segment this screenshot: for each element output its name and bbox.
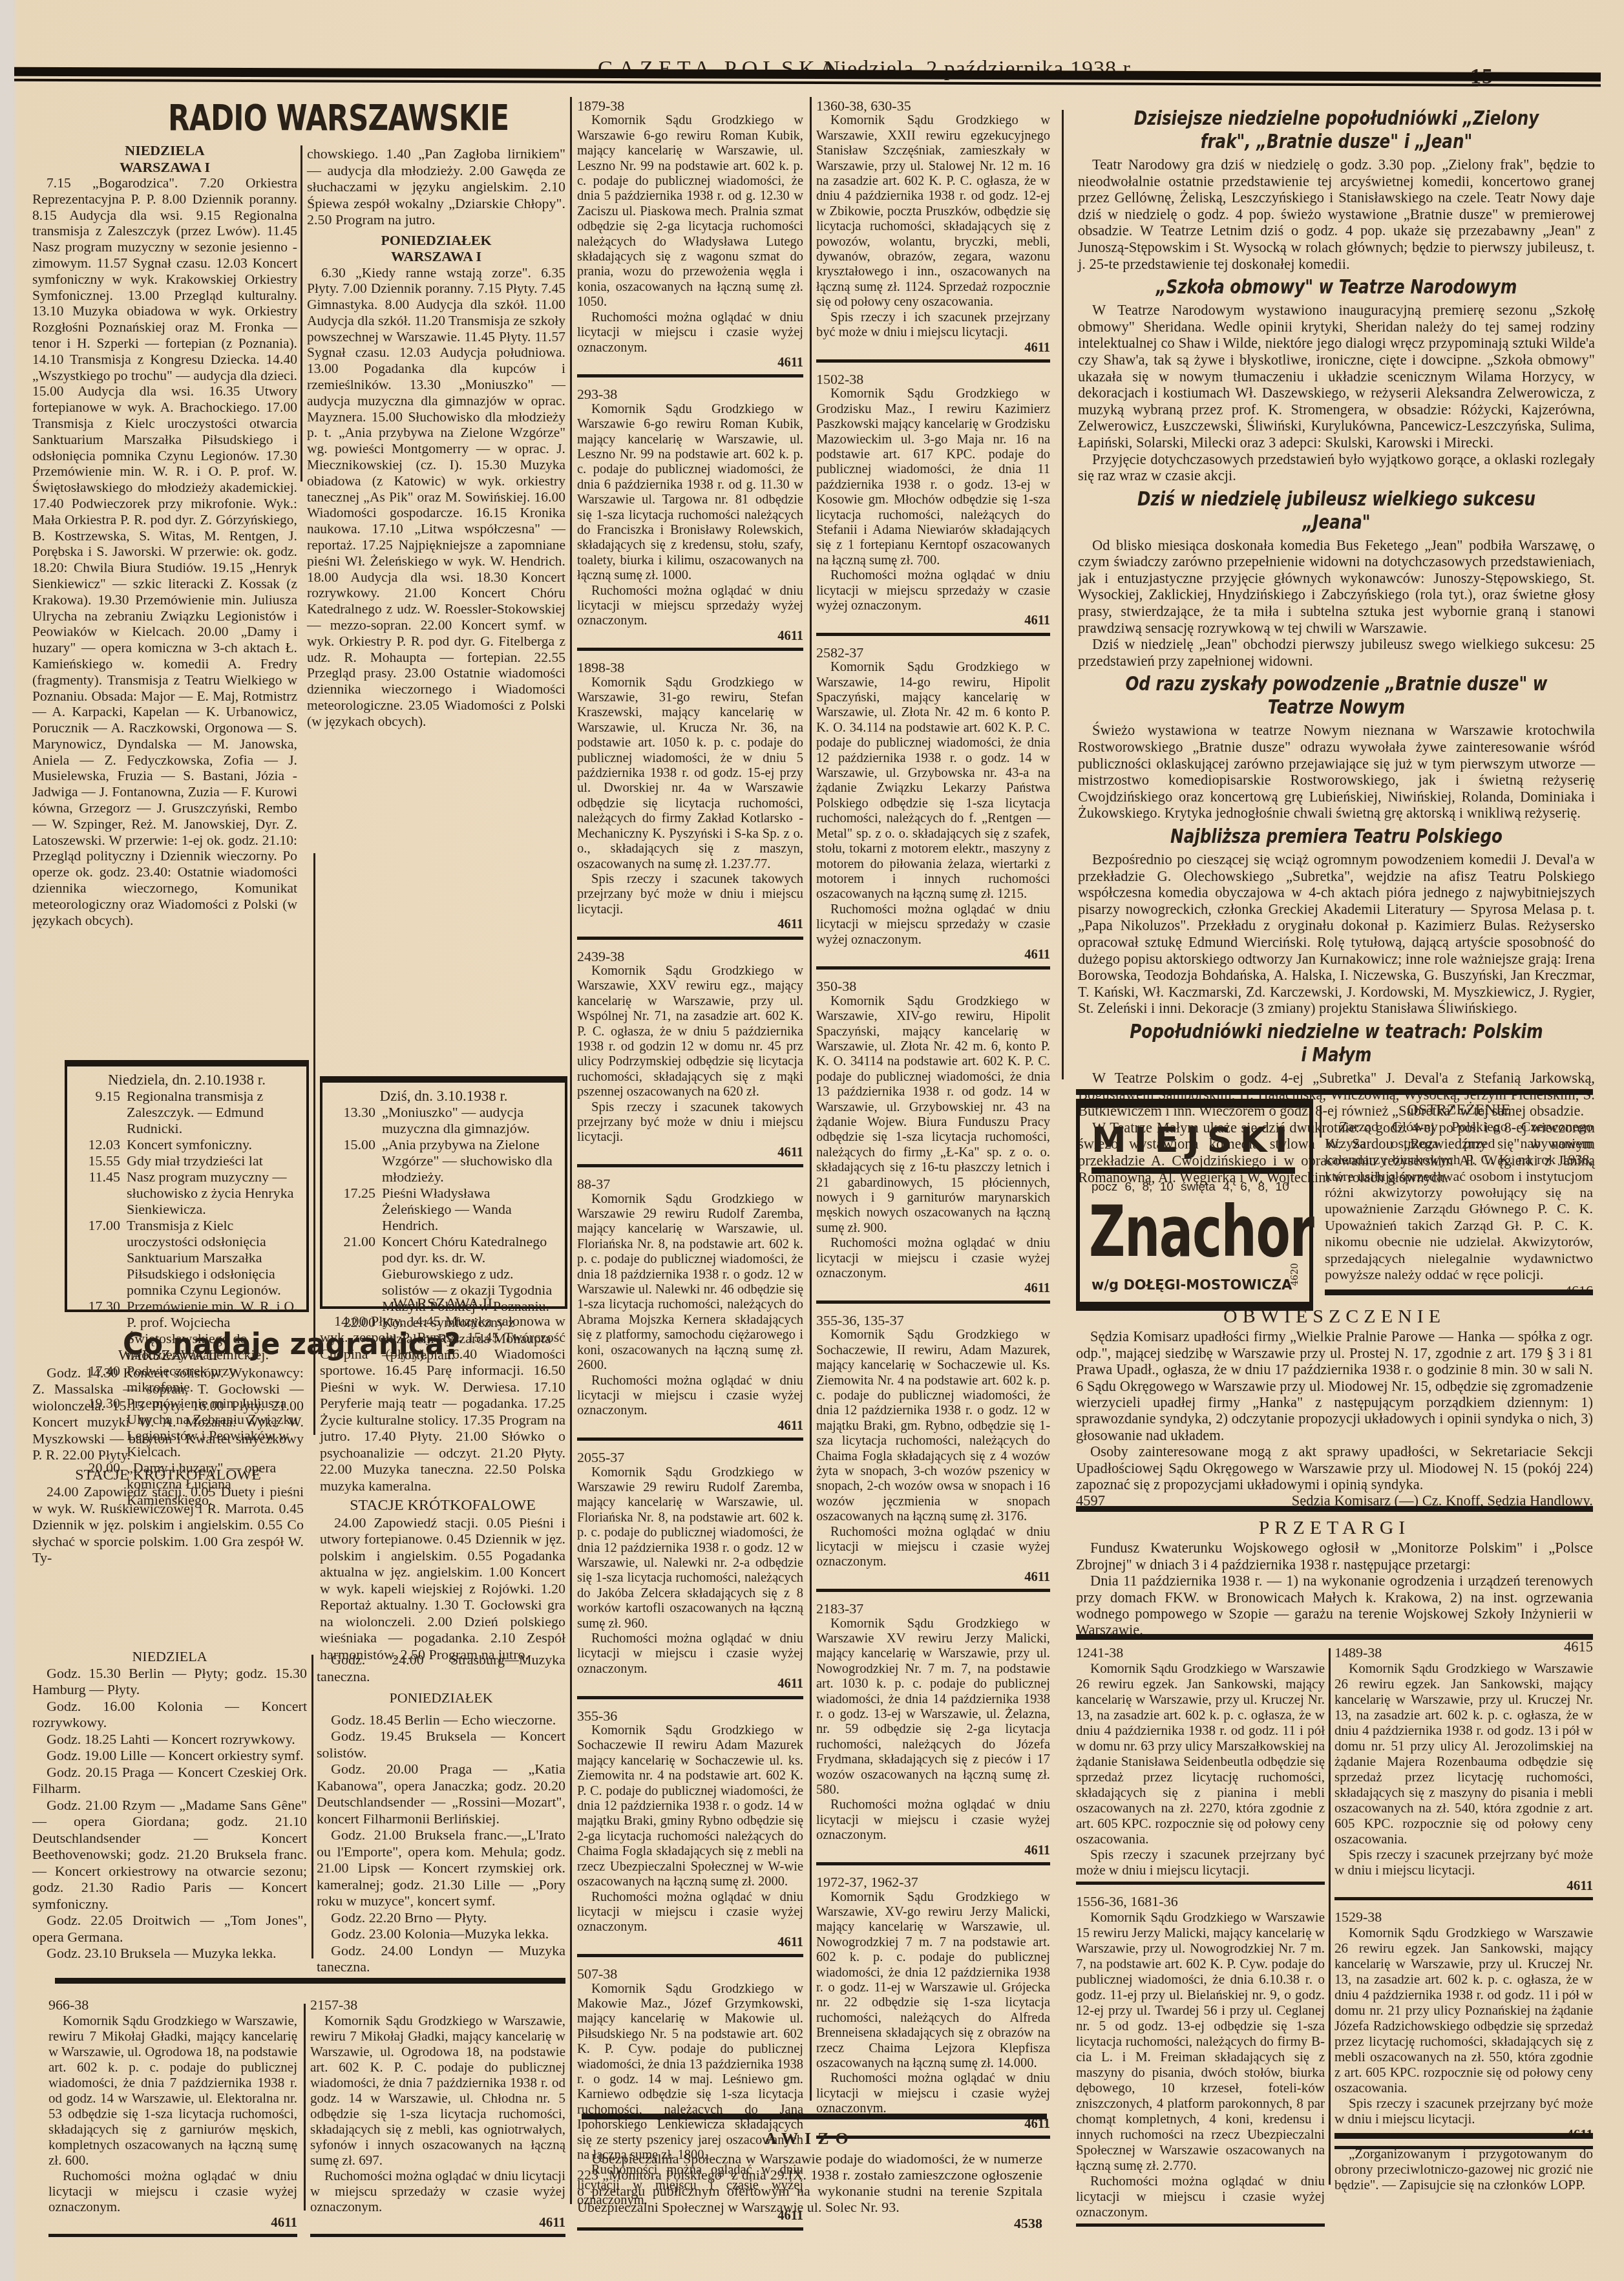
foreign-sunday-heading: NIEDZIELA xyxy=(32,1648,307,1665)
notice-rule xyxy=(577,937,803,940)
notice-note: Ruchomości można oglądać w dniu licytacj… xyxy=(577,584,803,629)
notice-rule xyxy=(816,359,1050,363)
schedule-text: Gdy miał trzydzieści lat xyxy=(127,1152,263,1169)
case-number: 1360-38, 630-35 xyxy=(816,98,1050,113)
schedule-time: 9.15 xyxy=(74,1088,127,1136)
cinema-ad: MIEJSKI pocz 6, 8, 10 święta 4, 6, 8, 10… xyxy=(1076,1099,1313,1311)
notice-rule xyxy=(310,2234,565,2237)
notice-rule xyxy=(1334,1897,1593,1900)
schedule-time: 13.30 xyxy=(329,1104,382,1136)
notice-966-38: 966-38Komornik Sądu Grodzkiego w Warszaw… xyxy=(48,1997,297,2246)
foreign-listing: Godz. 21.00 Bruksela franc.—„L'Irato ou … xyxy=(317,1827,565,1909)
notice-note: Ruchomości można oglądać w dniu licytacj… xyxy=(816,1798,1050,1843)
warning-title: OSTRZEŻENIE xyxy=(1325,1102,1593,1118)
radio-heading: RADIO WARSZAWSKIE xyxy=(168,97,509,139)
foreign-listing: Godz. 15.30 Berlin — Płyty; godz. 15.30 … xyxy=(32,1665,307,1698)
case-number: 1489-38 xyxy=(1334,1645,1593,1660)
case-number: 1529-38 xyxy=(1334,1909,1593,1925)
sunday-w1-program: 7.15 „Bogarodzica". 7.20 Orkiestra Repre… xyxy=(32,175,297,928)
announcement-paragraph: Sędzia Komisarz upadłości firmy „Wielkie… xyxy=(1076,1328,1593,1443)
case-number: 1879-38 xyxy=(577,98,803,113)
case-number: 2157-38 xyxy=(310,1997,565,2013)
schedule-row: 15.55Gdy miał trzydzieści lat xyxy=(74,1152,300,1169)
notice-note: Ruchomości można oglądać w dniu licytacj… xyxy=(48,2168,297,2214)
notice-text: Komornik Sądu Grodzkiego w Sochaczewie I… xyxy=(577,1723,803,1889)
court-notice: 355-36Komornik Sądu Grodzkiego w Sochacz… xyxy=(577,1708,803,1958)
warning-text: Zarząd Główny Polskiego Czerwonego Krzyż… xyxy=(1325,1118,1593,1282)
station-warszawa-1: WARSZAWA I xyxy=(32,159,297,176)
foreign-listing: Godz. 22.20 Brno — Płyty. xyxy=(317,1909,565,1926)
column-divider xyxy=(1062,110,1064,1079)
notice-note: Ruchomości można oglądać w dniu licytacj… xyxy=(577,1374,803,1419)
notice-rule xyxy=(816,966,1050,970)
court-notice: 1972-37, 1962-37Komornik Sądu Grodzkiego… xyxy=(816,1874,1050,2139)
station-warszawa-2-monday: WARSZAWA II xyxy=(320,1296,565,1313)
notice-text: Komornik Sądu Grodzkiego w Warszawie 29 … xyxy=(577,1465,803,1631)
box-title: Dziś, dn. 3.10.1938 r. xyxy=(329,1088,558,1104)
continuation-text: chowskiego. 1.40 „Pan Zagłoba lirnikiem"… xyxy=(307,145,565,228)
court-notice: 2582-37Komornik Sądu Grodzkiego w Warsza… xyxy=(816,645,1050,970)
column-divider xyxy=(301,145,302,482)
foreign-monday-list: Godz. 18.45 Berlin — Echo wieczorne.Godz… xyxy=(317,1712,565,1975)
notice-ref: 4611 xyxy=(577,629,803,644)
foreign-listing: Godz. 18.45 Berlin — Echo wieczorne. xyxy=(317,1712,565,1728)
section-rule xyxy=(55,1978,565,1984)
notice-ref: 4611 xyxy=(577,1145,803,1160)
tenders-paragraph: Fundusz Kwaterunku Wojskowego ogłosił w … xyxy=(1076,1540,1593,1573)
notice-note: Ruchomości można oglądać w dniu licytacj… xyxy=(816,1525,1050,1570)
court-notice: 1556-36, 1681-36Komornik Sądu Grodzkiego… xyxy=(1076,1894,1325,2227)
notice-2157-38: 2157-38Komornik Sądu Grodzkiego w Warsza… xyxy=(310,1997,565,2246)
notice-rule xyxy=(577,1438,803,1441)
notice-rule xyxy=(48,2234,297,2237)
court-notice: 2439-38Komornik Sądu Grodzkiego w Warsza… xyxy=(577,949,803,1168)
notice-text: Komornik Sądu Grodzkiego w Warszawie 6-g… xyxy=(577,402,803,584)
foreign-radio-heading: Co nadaje zagranica? xyxy=(123,1326,461,1361)
court-notices-right-1: 1241-38Komornik Sądu Grodzkiego w Warsza… xyxy=(1076,1645,1325,2236)
court-notice: 1489-38Komornik Sądu Grodzkiego w Warsza… xyxy=(1334,1645,1593,1900)
notice-note: Ruchomości można oglądać w dniu licytacj… xyxy=(577,310,803,355)
sunday-highlights-box: Niedziela, dn. 2.10.1938 r. 9.15Regional… xyxy=(65,1060,309,1312)
notice-text: Komornik Sądu Grodzkiego w Warszawie 26 … xyxy=(1076,1660,1325,1847)
notice-text: Komornik Sądu Grodzkiego w Warszawie, re… xyxy=(310,2013,565,2168)
section-rule xyxy=(582,2114,1047,2119)
court-notice: 966-38Komornik Sądu Grodzkiego w Warszaw… xyxy=(48,1997,297,2237)
schedule-time: 11.45 xyxy=(74,1169,127,1217)
notice-rule xyxy=(577,1954,803,1957)
court-notice: 2055-37Komornik Sądu Grodzkiego w Warsza… xyxy=(577,1450,803,1699)
schedule-time: 17.25 xyxy=(329,1185,382,1233)
notice-text: Komornik Sądu Grodzkiego w Warszawie 6-g… xyxy=(577,113,803,310)
theatre-paragraph: Bezpośrednio po cieszącej się wciąż ogro… xyxy=(1078,851,1595,1017)
ad-rule xyxy=(1091,1167,1295,1174)
column-divider xyxy=(1329,1648,1331,2185)
case-number: 2582-37 xyxy=(816,645,1050,660)
case-number: 2055-37 xyxy=(577,1450,803,1465)
tenders-title: PRZETARGI xyxy=(1076,1520,1593,1536)
schedule-text: Regionalna transmisja z Zaleszczyk. — Ed… xyxy=(127,1088,300,1136)
case-number: 507-38 xyxy=(577,1966,803,1981)
court-notice: 293-38Komornik Sądu Grodzkiego w Warszaw… xyxy=(577,387,803,651)
notice-note: Ruchomości można oglądać w dniu licytacj… xyxy=(1076,2173,1325,2220)
foreign-monday-heading: PONIEDZIAŁEK xyxy=(317,1690,565,1706)
awizo-title: AWIZO xyxy=(577,2130,1042,2147)
court-notices-column-3: 1879-38Komornik Sądu Grodzkiego w Warsza… xyxy=(577,98,803,2240)
notice-note: Ruchomości można oglądać w dniu licytacj… xyxy=(577,1890,803,1935)
notice-rule xyxy=(577,1696,803,1699)
monday-highlights-box: Dziś, dn. 3.10.1938 r. 13.30„Moniuszko" … xyxy=(320,1076,567,1309)
notice-rule xyxy=(816,633,1050,636)
case-number: 966-38 xyxy=(48,1997,297,2013)
case-number: 1502-38 xyxy=(816,372,1050,387)
foreign-listing: Godz. 16.00 Kolonia — Koncert rozrywkowy… xyxy=(32,1698,307,1731)
court-notice: 88-37Komornik Sądu Grodzkiego w Warszawi… xyxy=(577,1176,803,1441)
court-notice: 1360-38, 630-35Komornik Sądu Grodzkiego … xyxy=(816,98,1050,363)
theatre-paragraph: W Teatrze Narodowym wystawiono inaugurac… xyxy=(1078,302,1595,451)
schedule-time: 15.00 xyxy=(329,1136,382,1185)
notice-note: Ruchomości można oglądać w dniu licytacj… xyxy=(816,1236,1050,1281)
notice-rule xyxy=(816,1589,1050,1592)
schedule-row: 13.30„Moniuszko" — audycja muzyczna dla … xyxy=(329,1104,558,1136)
theatre-headline: Najbliższa premiera Teatru Polskiego xyxy=(1124,825,1548,849)
foreign-listing: Godz. 20.00 Praga — „Katia Kabanowa", op… xyxy=(317,1761,565,1827)
shortwave-heading-monday: STACJE KRÓTKOFALOWE xyxy=(320,1498,565,1514)
schedule-time: 17.00 xyxy=(74,1217,127,1298)
notice-note: Ruchomości można oglądać w dniu licytacj… xyxy=(310,2168,565,2214)
schedule-row: 15.00„Ania przybywa na Zielone Wzgórze" … xyxy=(329,1136,558,1185)
notice-text: Komornik Sądu Grodzkiego w Warszawie, 31… xyxy=(577,675,803,872)
column-divider xyxy=(570,97,572,2204)
theatre-paragraph: Teatr Narodowy gra dziś w niedzielę o go… xyxy=(1078,156,1595,272)
tenders-paragraph: Dnia 11 października 1938 r. — 1) na wyk… xyxy=(1076,1573,1593,1639)
foreign-listing: Godz. 22.05 Droitwich — „Tom Jones", ope… xyxy=(32,1912,307,1945)
film-title: Znachor xyxy=(1089,1192,1313,1273)
notice-text: Komornik Sądu Grodzkiego w Warszawie 15 … xyxy=(1076,1909,1325,2173)
notice-ref: 4611 xyxy=(310,2214,565,2230)
column-divider xyxy=(1320,1105,1322,1138)
column-divider xyxy=(311,1655,313,1958)
theatre-paragraph: Dziś w niedzielę „Jean" obchodzi pierwsz… xyxy=(1078,636,1595,669)
notice-text: Komornik Sądu Grodzkiego w Warszawie 26 … xyxy=(1334,1660,1593,1847)
notice-ref: 4611 xyxy=(816,948,1050,962)
cinema-name: MIEJSKI xyxy=(1091,1119,1296,1160)
foreign-listing: Godz. 23.00 Kolonia—Muzyka lekka. xyxy=(317,1926,565,1942)
schedule-row: 17.00Transmisja z Kielc uroczystości ods… xyxy=(74,1217,300,1298)
notice-text: Komornik Sądu Grodzkiego w Warszawie XV … xyxy=(816,1617,1050,1798)
announcement-title: OBWIESZCZENIE xyxy=(1076,1308,1593,1324)
schedule-text: Transmisja z Kielc uroczystości odsłonię… xyxy=(127,1217,300,1298)
monday-w1-program: 6.30 „Kiedy ranne wstają zorze". 6.35 Pł… xyxy=(307,265,565,730)
case-number: 2183-37 xyxy=(816,1601,1050,1616)
schedule-time: 15.55 xyxy=(74,1152,127,1169)
notice-note: Ruchomości można oglądać w dniu licytacj… xyxy=(577,1631,803,1677)
notice-text: Komornik Sądu Grodzkiego w Sochaczewie, … xyxy=(816,1328,1050,1524)
schedule-time: 12.03 xyxy=(74,1136,127,1152)
notice-rule xyxy=(577,374,803,377)
notice-ref: 4611 xyxy=(577,355,803,370)
schedule-text: Koncert symfoniczny. xyxy=(127,1136,252,1152)
notice-text: Komornik Sądu Grodzkiego w Warszawie, XX… xyxy=(816,113,1050,310)
notice-note: Spis rzeczy i ich szacunek przejrzany by… xyxy=(816,310,1050,341)
ad-ref: 4620 xyxy=(1290,1263,1300,1286)
case-number: 355-36 xyxy=(577,1708,803,1723)
radio-column-2: chowskiego. 1.40 „Pan Zagłoba lirnikiem"… xyxy=(307,145,565,730)
notice-text: Komornik Sądu Grodzkiego w Warszawie, XX… xyxy=(577,964,803,1100)
notice-note: Ruchomości można oglądać w dniu licytacj… xyxy=(816,902,1050,948)
notice-ref: 4611 xyxy=(816,613,1050,628)
notice-ref: 4611 xyxy=(577,1935,803,1950)
notice-rule xyxy=(1076,1882,1325,1885)
foreign-listing: Godz. 18.25 Lahti — Koncert rozrywkowy. xyxy=(32,1731,307,1748)
notice-ref: 4611 xyxy=(1334,1878,1593,1893)
notice-rule xyxy=(816,1300,1050,1304)
lopp-slogan: „Zorganizowanym i przygotowanym do obron… xyxy=(1334,2146,1593,2192)
case-number: 1556-36, 1681-36 xyxy=(1076,1894,1325,1909)
notice-text: Komornik Sądu Grodzkiego w Grodzisku Maz… xyxy=(816,387,1050,568)
schedule-text: „Moniuszko" — audycja muzyczna dla gimna… xyxy=(382,1104,558,1136)
notice-note: Spis rzeczy i szacunek takowych przejrza… xyxy=(577,872,803,917)
notice-ref: 4611 xyxy=(577,1677,803,1692)
schedule-row: 12.03Koncert symfoniczny. xyxy=(74,1136,300,1152)
notice-note: Spis rzeczy i szacunek przejrzany być mo… xyxy=(1076,1847,1325,1878)
theatre-paragraph: Świeżo wystawiona w teatrze Nowym niezna… xyxy=(1078,722,1595,822)
section-rule xyxy=(1076,1506,1593,1512)
schedule-row: 11.45Nasz program muzyczny — słuchowisko… xyxy=(74,1169,300,1217)
court-notice: 2183-37Komornik Sądu Grodzkiego w Warsza… xyxy=(816,1601,1050,1865)
case-number: 355-36, 135-37 xyxy=(816,1313,1050,1328)
schedule-row: 9.15Regionalna transmisja z Zaleszczyk. … xyxy=(74,1088,300,1136)
monday-shortwave-program: 24.00 Zapowiedź stacji. 0.05 Pieśni i ut… xyxy=(320,1514,565,1663)
notice-ref: 4611 xyxy=(816,1843,1050,1858)
schedule-text: „Ania przybywa na Zielone Wzgórze" — słu… xyxy=(382,1136,558,1185)
notice-rule xyxy=(577,648,803,651)
notice-note: Ruchomości można oglądać w dniu licytacj… xyxy=(816,2071,1050,2116)
court-notice: 355-36, 135-37Komornik Sądu Grodzkiego w… xyxy=(816,1313,1050,1592)
foreign-sunday: NIEDZIELA Godz. 15.30 Berlin — Płyty; go… xyxy=(32,1648,307,1962)
shortwave-heading: STACJE KRÓTKOFALOWE xyxy=(32,1467,304,1484)
theatre-headline: Od razu zyskały powodzenie „Bratnie dusz… xyxy=(1124,673,1548,719)
case-number: 293-38 xyxy=(577,387,803,401)
foreign-listing: Godz. 24.00 Londyn — Muzyka taneczna. xyxy=(317,1942,565,1975)
foreign-listing: Godz. 19.00 Lille — Koncert orkiestry sy… xyxy=(32,1747,307,1764)
court-notice: 1502-38Komornik Sądu Grodzkiego w Grodzi… xyxy=(816,372,1050,636)
court-notice: 1529-38Komornik Sądu Grodzkiego w Warsza… xyxy=(1334,1909,1593,2149)
box-title: Niedziela, dn. 2.10.1938 r. xyxy=(74,1072,300,1088)
notice-ref: 4611 xyxy=(577,1419,803,1434)
foreign-listing: Godz. 21.00 Rzym — „Madame Sans Gêne" — … xyxy=(32,1797,307,1913)
warning-notice: OSTRZEŻENIE Zarząd Główny Polskiego Czer… xyxy=(1325,1102,1593,1299)
foreign-sunday-list: Godz. 15.30 Berlin — Płyty; godz. 15.30 … xyxy=(32,1665,307,1962)
awizo-text: Ubezpieczalnia Społeczna w Warszawie pod… xyxy=(577,2150,1042,2215)
film-credit: w/g DOŁĘGI-MOSTOWICZA xyxy=(1091,1277,1292,1293)
foreign-listing: Godz. 20.15 Praga — Koncert Czeskiej Ork… xyxy=(32,1764,307,1797)
section-rule xyxy=(1334,2133,1593,2139)
case-number: 1241-38 xyxy=(1076,1645,1325,1660)
foreign-sunday-last: Godz. 24.00 Strasburg—Muzyka taneczna. xyxy=(317,1651,565,1684)
schedule-text: Nasz program muzyczny — słuchowisko z ży… xyxy=(127,1169,300,1217)
notice-ref: 4611 xyxy=(48,2214,297,2230)
notice-note: Spis rzeczy i szacunek przejrzany być mo… xyxy=(1334,1847,1593,1878)
theatre-news: Dzisiejsze niedzielne popołudniówki „Zie… xyxy=(1078,103,1595,1185)
sunday-shortwave-program: 24.00 Zapowiedź stacji. 0.05 Duety i pie… xyxy=(32,1483,304,1566)
foreign-listing: Godz. 19.45 Bruksela — Koncert solistów. xyxy=(317,1728,565,1761)
theatre-headline: Popołudniówki niedzielne w teatrach: Pol… xyxy=(1124,1021,1548,1067)
section-rule xyxy=(1076,1634,1593,1640)
case-number: 1898-38 xyxy=(577,660,803,675)
schedule-row: 17.25Pieśni Władysława Żeleńskiego — Wan… xyxy=(329,1185,558,1233)
theatre-headline: „Szkoła obmowy" w Teatrze Narodowym xyxy=(1124,276,1548,299)
notice-note: Spis rzeczy i szacunek przejrzany być mo… xyxy=(1334,2095,1593,2127)
case-number: 1972-37, 1962-37 xyxy=(816,1874,1050,1889)
sunday-w2-program: Godz. 14.30 Koncert solistów. Wykonawcy:… xyxy=(32,1364,304,1463)
awizo-notice: AWIZO Ubezpieczalnia Społeczna w Warszaw… xyxy=(577,2127,1042,2231)
notice-rule xyxy=(1076,2223,1325,2227)
newspaper-page: GAZETA POLSKA Niedziela, 2 października … xyxy=(0,0,1624,2281)
case-number: 88-37 xyxy=(577,1176,803,1191)
court-notice: 350-38Komornik Sądu Grodzkiego w Warszaw… xyxy=(816,979,1050,1304)
section-rule xyxy=(1076,1089,1593,1095)
notice-text: Komornik Sądu Grodzkiego w Warszawie, re… xyxy=(48,2013,297,2168)
bankruptcy-announcement: OBWIESZCZENIESędzia Komisarz upadłości f… xyxy=(1076,1304,1593,1509)
court-notice: 2157-38Komornik Sądu Grodzkiego w Warsza… xyxy=(310,1997,565,2237)
awizo-ref: 4538 xyxy=(577,2215,1042,2231)
foreign-monday: Godz. 24.00 Strasburg—Muzyka taneczna. P… xyxy=(317,1651,565,1975)
case-number: 350-38 xyxy=(816,979,1050,993)
column-divider xyxy=(304,2004,306,2211)
court-notice: 1241-38Komornik Sądu Grodzkiego w Warsza… xyxy=(1076,1645,1325,1885)
sunday-heading: NIEDZIELA xyxy=(32,142,297,159)
theatre-paragraph: Przyjęcie dotychczasowych przedstawień b… xyxy=(1078,451,1595,484)
notice-text: Komornik Sądu Grodzkiego w Warszawie 26 … xyxy=(1334,1925,1593,2095)
notice-text: Komornik Sądu Grodzkiego w Warszawie, XI… xyxy=(816,994,1050,1236)
court-notices-right-2: 1489-38Komornik Sądu Grodzkiego w Warsza… xyxy=(1334,1645,1593,2158)
monday-heading: PONIEDZIAŁEK xyxy=(307,232,565,249)
schedule-text: Pieśni Władysława Żeleńskiego — Wanda He… xyxy=(382,1185,558,1233)
section-rule xyxy=(1325,1289,1593,1295)
theatre-headline: Dzisiejsze niedzielne popołudniówki „Zie… xyxy=(1124,107,1548,154)
theatre-headline: Dziś w niedzielę jubileusz wielkiego suk… xyxy=(1124,488,1548,535)
notice-text: Komornik Sądu Grodzkiego w Warszawie 29 … xyxy=(577,1192,803,1374)
foreign-listing: Godz. 23.10 Bruksela — Muzyka lekka. xyxy=(32,1945,307,1962)
notice-text: Komornik Sądu Grodzkiego w Warszawie, XV… xyxy=(816,1890,1050,2072)
radio-column-1: NIEDZIELA WARSZAWA I 7.15 „Bogarodzica".… xyxy=(32,142,297,928)
notice-rule xyxy=(816,1862,1050,1865)
notice-ref: 4611 xyxy=(816,1281,1050,1296)
column-divider xyxy=(810,97,812,2101)
theatre-paragraph: Od blisko miesiąca doskonała komedia Bus… xyxy=(1078,537,1595,637)
notice-ref: 4611 xyxy=(577,917,803,932)
notice-text: Komornik Sądu Grodzkiego w Warszawie, 14… xyxy=(816,660,1050,902)
lopp-text: „Zorganizowanym i przygotowanym do obron… xyxy=(1334,2146,1593,2192)
station-warszawa-1-monday: WARSZAWA I xyxy=(307,248,565,265)
case-number: 2439-38 xyxy=(577,949,803,964)
notice-rule xyxy=(577,1164,803,1167)
notice-note: Ruchomości można oglądać w dniu licytacj… xyxy=(816,568,1050,613)
court-notices-column-4: 1360-38, 630-35Komornik Sądu Grodzkiego … xyxy=(816,98,1050,2148)
notice-ref: 4611 xyxy=(816,341,1050,355)
announcement-paragraph: Osoby zainteresowane mogą z akt sprawy u… xyxy=(1076,1443,1593,1492)
notice-ref: 4611 xyxy=(816,1570,1050,1585)
court-notice: 1898-38Komornik Sądu Grodzkiego w Warsza… xyxy=(577,660,803,939)
radio-sunday-w2: WARSZAWA II Godz. 14.30 Koncert solistów… xyxy=(32,1348,304,1566)
notice-note: Spis rzeczy i szacunek takowych przejrza… xyxy=(577,1100,803,1145)
court-notice: 1879-38Komornik Sądu Grodzkiego w Warsza… xyxy=(577,98,803,377)
